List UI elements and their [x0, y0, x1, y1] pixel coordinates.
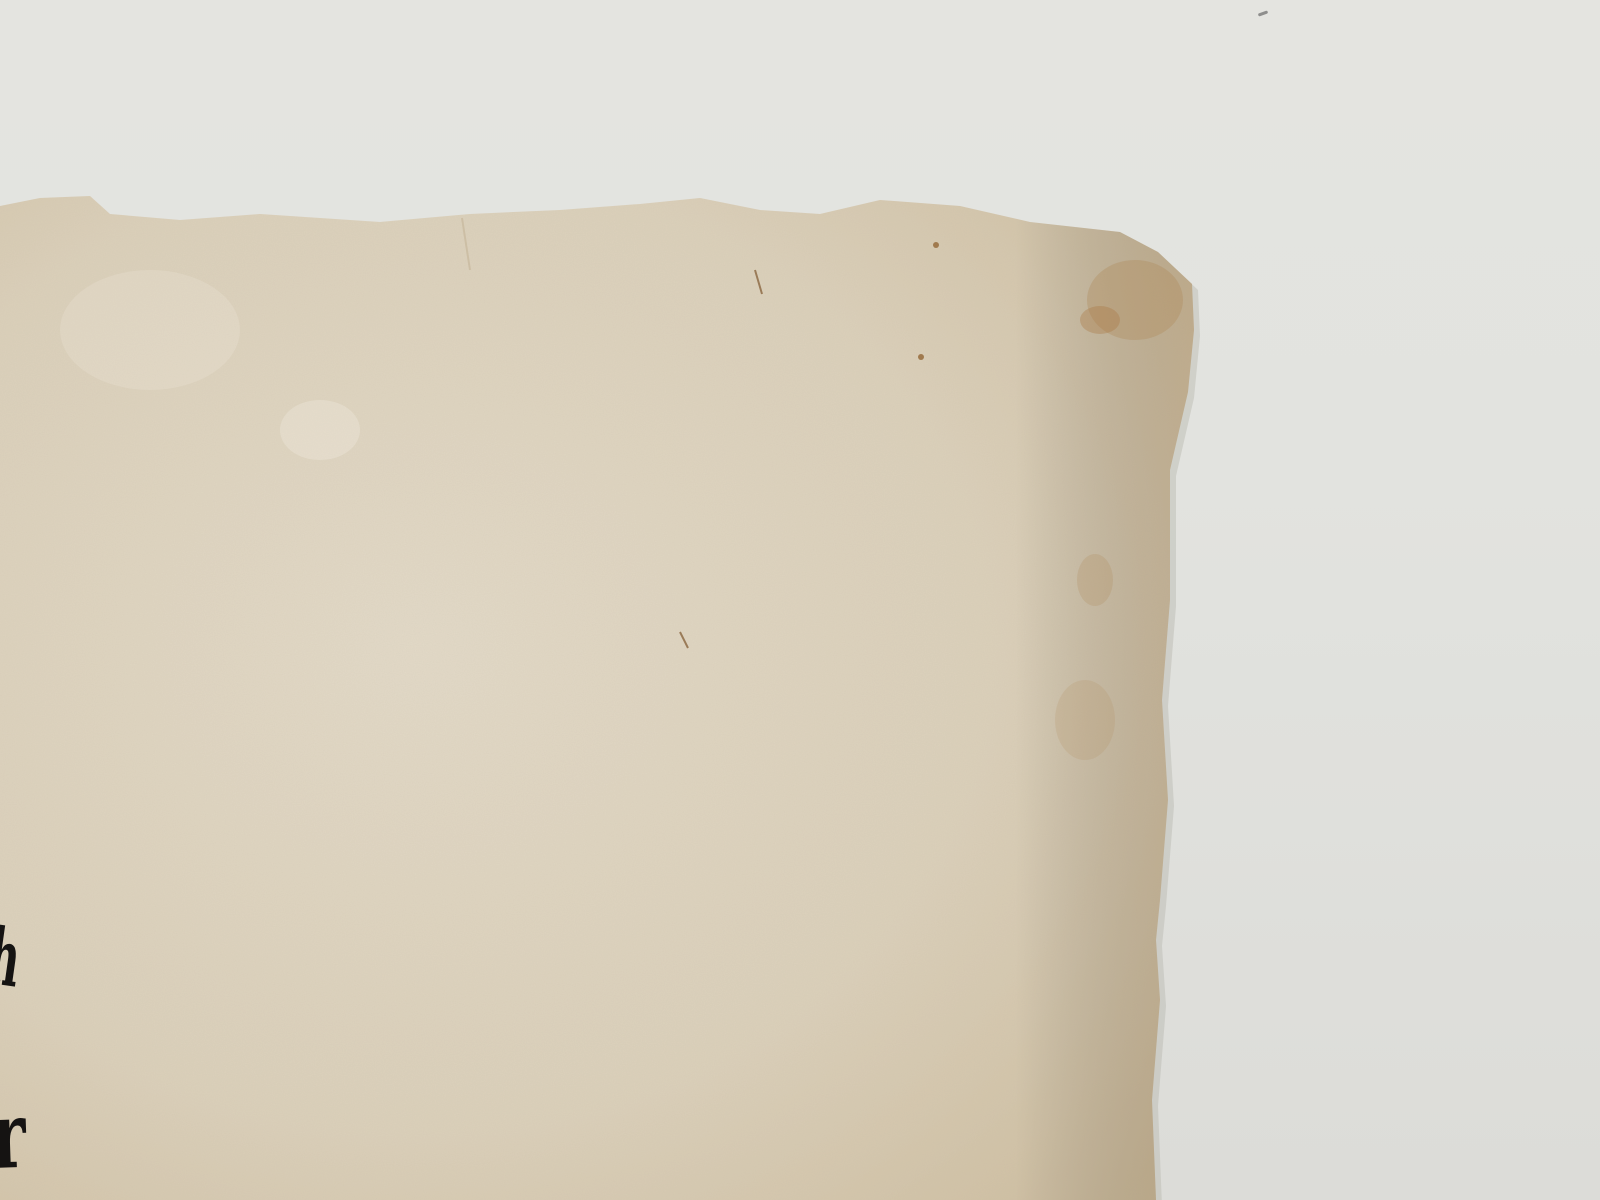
blackletter-glyph-r: r [0, 1089, 27, 1182]
aged-paper-sheet [0, 0, 1600, 1200]
